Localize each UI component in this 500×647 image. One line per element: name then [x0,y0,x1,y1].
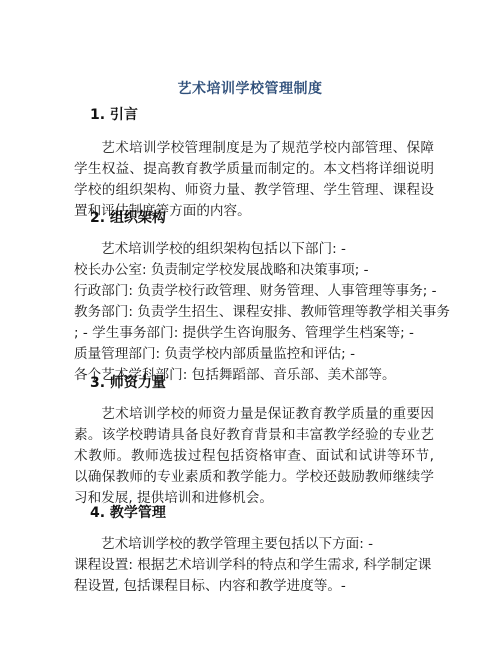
section-heading: 4. 教学管理 [74,502,434,524]
document-title: 艺术培训学校管理制度 [0,78,500,98]
section-organization: 2. 组织架构 艺术培训学校的组织架构包括以下部门: - 校长办公室: 负责制定… [74,207,434,386]
document-page: 艺术培训学校管理制度 1. 引言 艺术培训学校管理制度是为了规范学校内部管理、保… [0,0,500,647]
section-introduction: 1. 引言 艺术培训学校管理制度是为了规范学校内部管理、保障学生权益、提高教育教… [74,104,434,222]
section-heading: 3. 师资力量 [74,372,434,394]
section-heading: 2. 组织架构 [74,207,434,229]
text-line: 课程设置: 根据艺术培训学科的特点和学生需求, 科学制定课 [74,555,434,576]
text-line: 校长办公室: 负责制定学校发展战略和决策事项; - [74,260,434,281]
section-lines: 艺术培训学校的教学管理主要包括以下方面: - 课程设置: 根据艺术培训学科的特点… [74,534,434,597]
paragraph-text: 艺术培训学校的师资力量是保证教育教学质量的重要因素。该学校聘请具备良好教育背景和… [74,406,434,506]
section-heading: 1. 引言 [74,104,434,126]
text-line: 教务部门: 负责学生招生、课程安排、教师管理等教学相关事务 [74,302,434,323]
text-line: 艺术培训学校的教学管理主要包括以下方面: - [74,534,434,555]
section-lines: 艺术培训学校的组织架构包括以下部门: - 校长办公室: 负责制定学校发展战略和决… [74,239,434,386]
section-faculty: 3. 师资力量 艺术培训学校的师资力量是保证教育教学质量的重要因素。该学校聘请具… [74,372,434,509]
section-paragraph: 艺术培训学校的师资力量是保证教育教学质量的重要因素。该学校聘请具备良好教育背景和… [74,404,434,509]
text-line: 质量管理部门: 负责学校内部质量监控和评估; - [74,344,434,365]
text-line: 行政部门: 负责学校行政管理、财务管理、人事管理等事务; - [74,281,434,302]
section-teaching-management: 4. 教学管理 艺术培训学校的教学管理主要包括以下方面: - 课程设置: 根据艺… [74,502,434,597]
text-line: ; - 学生事务部门: 提供学生咨询服务、管理学生档案等; - [74,323,434,344]
text-line: 艺术培训学校的组织架构包括以下部门: - [74,239,434,260]
text-line: 程设置, 包括课程目标、内容和教学进度等。- [74,576,434,597]
